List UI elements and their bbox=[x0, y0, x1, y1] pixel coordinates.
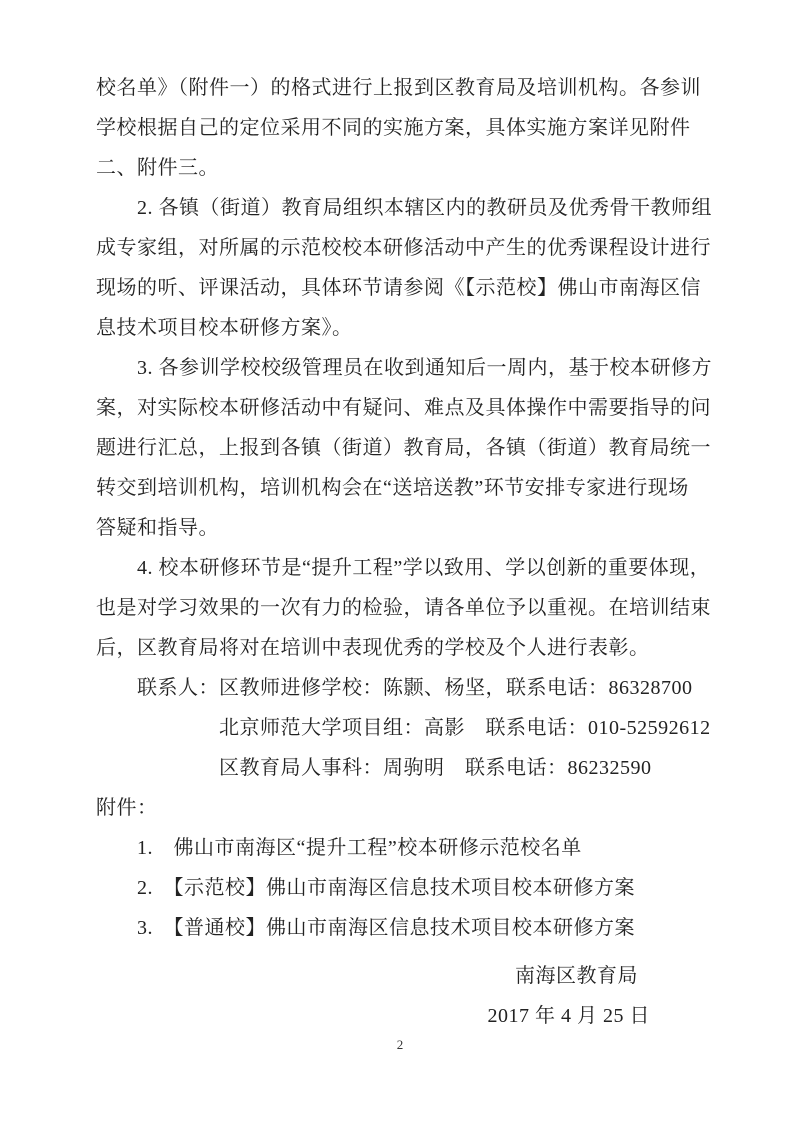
paragraph-line: 二、附件三。 bbox=[96, 148, 712, 188]
page-number: 2 bbox=[0, 1036, 800, 1054]
paragraph-line: 4. 校本研修环节是“提升工程”学以致用、学以创新的重要体现， bbox=[96, 548, 712, 588]
paragraph-line: 后，区教育局将对在培训中表现优秀的学校及个人进行表彰。 bbox=[96, 628, 712, 668]
paragraphs-container: 校名单》（附件一）的格式进行上报到区教育局及培训机构。各参训学校根据自己的定位采… bbox=[96, 68, 712, 668]
paragraph-line: 现场的听、评课活动，具体环节请参阅《【示范校】佛山市南海区信 bbox=[96, 268, 712, 308]
contact-line: 区教育局人事科：周驹明 联系电话：86232590 bbox=[96, 748, 712, 788]
attachment-item: 2. 【示范校】佛山市南海区信息技术项目校本研修方案 bbox=[96, 868, 712, 908]
attachment-item: 1. 佛山市南海区“提升工程”校本研修示范校名单 bbox=[96, 828, 712, 868]
paragraph-line: 成专家组，对所属的示范校校本研修活动中产生的优秀课程设计进行 bbox=[96, 228, 712, 268]
signature-date: 2017 年 4 月 25 日 bbox=[96, 996, 712, 1036]
paragraph-line: 2. 各镇（街道）教育局组织本辖区内的教研员及优秀骨干教师组 bbox=[96, 188, 712, 228]
signature-org: 南海区教育局 bbox=[96, 956, 712, 996]
document-page: 校名单》（附件一）的格式进行上报到区教育局及培训机构。各参训学校根据自己的定位采… bbox=[0, 0, 800, 1135]
paragraph-line: 3. 各参训学校校级管理员在收到通知后一周内，基于校本研修方 bbox=[96, 348, 712, 388]
attachment-item: 3. 【普通校】佛山市南海区信息技术项目校本研修方案 bbox=[96, 908, 712, 948]
attachments-container: 1. 佛山市南海区“提升工程”校本研修示范校名单2. 【示范校】佛山市南海区信息… bbox=[96, 828, 712, 948]
document-body: 校名单》（附件一）的格式进行上报到区教育局及培训机构。各参训学校根据自己的定位采… bbox=[96, 68, 712, 1036]
paragraph-line: 学校根据自己的定位采用不同的实施方案，具体实施方案详见附件 bbox=[96, 108, 712, 148]
contacts-container: 联系人：区教师进修学校：陈颢、杨坚，联系电话：86328700北京师范大学项目组… bbox=[96, 668, 712, 788]
contact-line: 联系人：区教师进修学校：陈颢、杨坚，联系电话：86328700 bbox=[96, 668, 712, 708]
paragraph-line: 案，对实际校本研修活动中有疑问、难点及具体操作中需要指导的问 bbox=[96, 388, 712, 428]
attachments-label: 附件： bbox=[96, 788, 712, 828]
contact-line: 北京师范大学项目组：高影 联系电话：010-52592612 bbox=[96, 708, 712, 748]
paragraph-line: 息技术项目校本研修方案》。 bbox=[96, 308, 712, 348]
paragraph-line: 答疑和指导。 bbox=[96, 508, 712, 548]
paragraph-line: 题进行汇总，上报到各镇（街道）教育局，各镇（街道）教育局统一 bbox=[96, 428, 712, 468]
paragraph-line: 校名单》（附件一）的格式进行上报到区教育局及培训机构。各参训 bbox=[96, 68, 712, 108]
paragraph-line: 转交到培训机构，培训机构会在“送培送教”环节安排专家进行现场 bbox=[96, 468, 712, 508]
paragraph-line: 也是对学习效果的一次有力的检验，请各单位予以重视。在培训结束 bbox=[96, 588, 712, 628]
signature-block: 南海区教育局 2017 年 4 月 25 日 bbox=[96, 956, 712, 1036]
